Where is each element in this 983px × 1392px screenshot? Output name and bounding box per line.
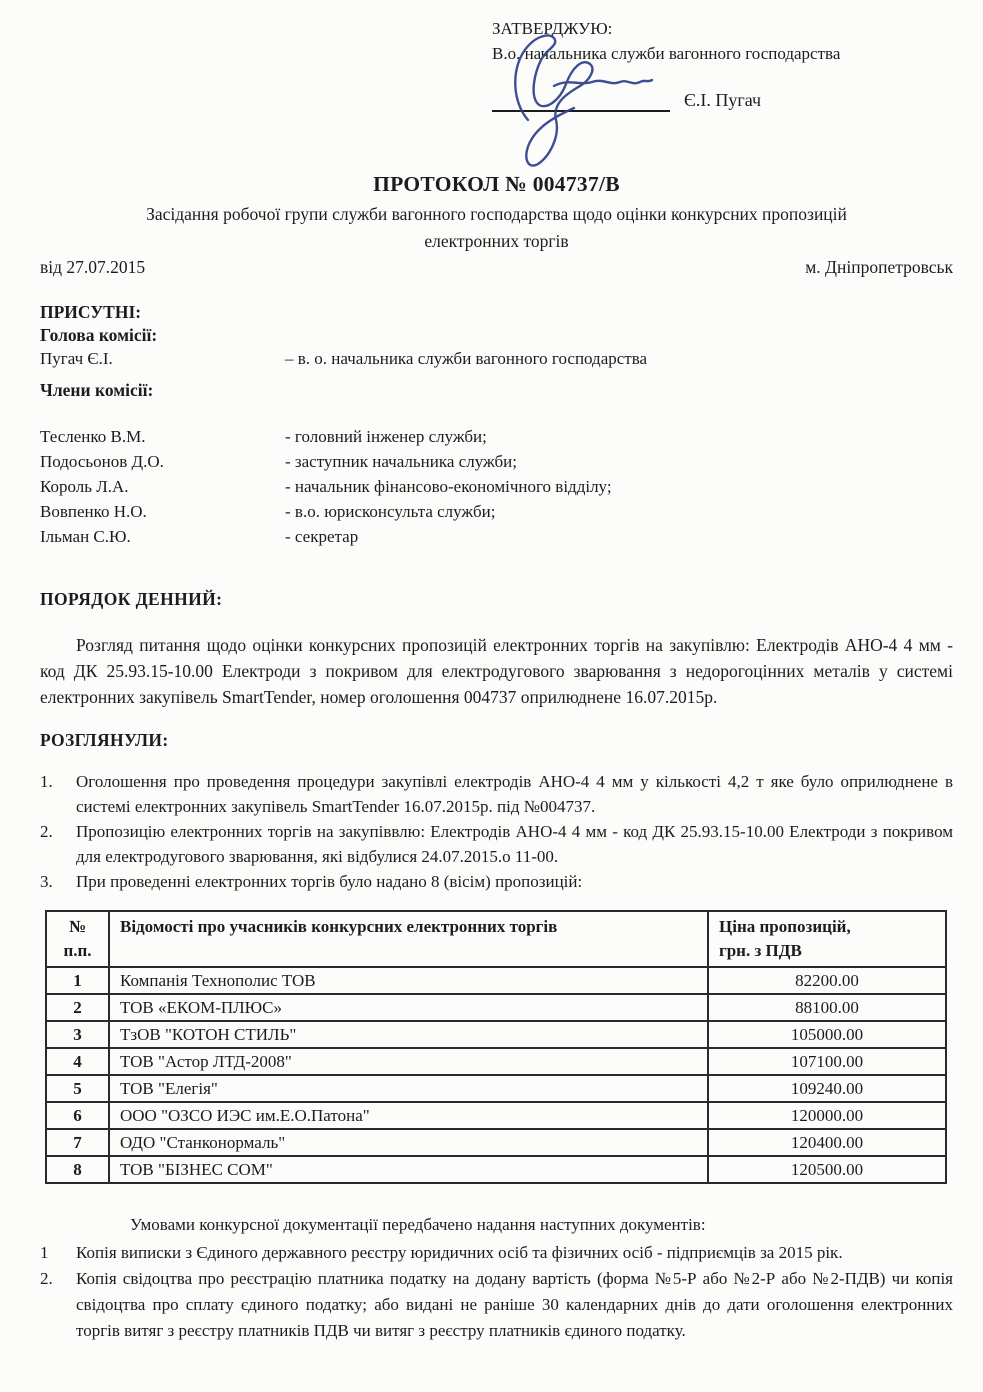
protocol-date: від 27.07.2015 — [40, 257, 145, 278]
chair-name: Пугач Є.І. — [40, 346, 285, 372]
protocol-title: ПРОТОКОЛ № 004737/В — [40, 172, 953, 197]
item-number: 1. — [40, 769, 76, 819]
item-number: 1 — [40, 1240, 76, 1266]
document-item: 2. Копія свідоцтва про реєстрацію платни… — [40, 1266, 953, 1344]
member-name: Тесленко В.М. — [40, 424, 285, 449]
price-cell: 88100.00 — [708, 994, 946, 1021]
document-item: 1 Копія виписки з Єдиного державного реє… — [40, 1240, 953, 1266]
item-number: 2. — [40, 819, 76, 869]
participant-cell: ТОВ "Елегія" — [109, 1075, 708, 1102]
protocol-subtitle-line1: Засідання робочої групи служби вагонного… — [40, 201, 953, 228]
row-number: 7 — [46, 1129, 109, 1156]
price-cell: 105000.00 — [708, 1021, 946, 1048]
price-cell: 107100.00 — [708, 1048, 946, 1075]
table-row: 2 ТОВ «ЕКОМ-ПЛЮС» 88100.00 — [46, 994, 946, 1021]
member-row: Ільман С.Ю. - секретар — [40, 524, 953, 549]
price-cell: 120400.00 — [708, 1129, 946, 1156]
member-name: Король Л.А. — [40, 474, 285, 499]
agenda-text: Розгляд питання щодо оцінки конкурсних п… — [40, 632, 953, 710]
member-name: Ільман С.Ю. — [40, 524, 285, 549]
member-name: Подосьонов Д.О. — [40, 449, 285, 474]
header-number-line1: № — [57, 915, 98, 939]
date-row: від 27.07.2015 м. Дніпропетровськ — [40, 257, 953, 278]
table-row: 1 Компанія Технополис ТОВ 82200.00 — [46, 967, 946, 994]
signature-line — [492, 66, 670, 112]
row-number: 4 — [46, 1048, 109, 1075]
member-role: - секретар — [285, 524, 358, 549]
considered-item: 2. Пропозицію електронних торгів на заку… — [40, 819, 953, 869]
price-cell: 120000.00 — [708, 1102, 946, 1129]
header-number: № п.п. — [46, 911, 109, 967]
documents-intro: Умовами конкурсної документації передбач… — [40, 1212, 953, 1238]
participant-cell: ТОВ "Астор ЛТД-2008" — [109, 1048, 708, 1075]
item-number: 3. — [40, 869, 76, 894]
item-text: При проведенні електронних торгів було н… — [76, 869, 953, 894]
price-cell: 109240.00 — [708, 1075, 946, 1102]
participant-cell: ТзОВ "КОТОН СТИЛЬ" — [109, 1021, 708, 1048]
participant-cell: ТОВ «ЕКОМ-ПЛЮС» — [109, 994, 708, 1021]
member-row: Вовпенко Н.О. - в.о. юрисконсульта служб… — [40, 499, 953, 524]
table-header-row: № п.п. Відомості про учасників конкурсни… — [46, 911, 946, 967]
approver-title: В.о. начальника служби вагонного господа… — [492, 41, 953, 66]
member-role: - заступник начальника служби; — [285, 449, 517, 474]
item-text: Копія свідоцтва про реєстрацію платника … — [76, 1266, 953, 1344]
member-role: - в.о. юрисконсульта служби; — [285, 499, 495, 524]
participant-cell: ТОВ "БІЗНЕС СОМ" — [109, 1156, 708, 1183]
header-number-line2: п.п. — [57, 939, 98, 963]
row-number: 1 — [46, 967, 109, 994]
considered-list: 1. Оголошення про проведення процедури з… — [40, 769, 953, 894]
considered-item: 1. Оголошення про проведення процедури з… — [40, 769, 953, 819]
documents-list: 1 Копія виписки з Єдиного державного реє… — [40, 1240, 953, 1344]
chair-heading: Голова комісії: — [40, 325, 953, 346]
item-number: 2. — [40, 1266, 76, 1344]
header-price-line1: Ціна пропозицій, — [719, 915, 935, 939]
table-row: 6 ООО "ОЗСО ИЭС им.Е.О.Патона" 120000.00 — [46, 1102, 946, 1129]
participant-cell: ОДО "Станконормаль" — [109, 1129, 708, 1156]
approval-block: ЗАТВЕРДЖУЮ: В.о. начальника служби вагон… — [492, 16, 953, 116]
member-role: - головний інженер служби; — [285, 424, 487, 449]
participant-cell: Компанія Технополис ТОВ — [109, 967, 708, 994]
price-cell: 120500.00 — [708, 1156, 946, 1183]
attendees-section: ПРИСУТНІ: Голова комісії: Пугач Є.І. – в… — [40, 302, 953, 549]
header-price: Ціна пропозицій, грн. з ПДВ — [708, 911, 946, 967]
row-number: 2 — [46, 994, 109, 1021]
header-participant: Відомості про учасників конкурсних елект… — [109, 911, 708, 967]
approver-name: Є.І. Пугач — [684, 88, 761, 112]
protocol-subtitle-line2: електронних торгів — [40, 228, 953, 255]
member-row: Король Л.А. - начальник фінансово-економ… — [40, 474, 953, 499]
considered-heading: РОЗГЛЯНУЛИ: — [40, 730, 953, 751]
item-text: Оголошення про проведення процедури заку… — [76, 769, 953, 819]
row-number: 6 — [46, 1102, 109, 1129]
price-cell: 82200.00 — [708, 967, 946, 994]
attendees-heading: ПРИСУТНІ: — [40, 302, 953, 323]
chair-role: – в. о. начальника служби вагонного госп… — [285, 346, 647, 372]
table-row: 3 ТзОВ "КОТОН СТИЛЬ" 105000.00 — [46, 1021, 946, 1048]
row-number: 5 — [46, 1075, 109, 1102]
considered-item: 3. При проведенні електронних торгів бул… — [40, 869, 953, 894]
agenda-heading: ПОРЯДОК ДЕННИЙ: — [40, 589, 953, 610]
member-row: Тесленко В.М. - головний інженер служби; — [40, 424, 953, 449]
table-row: 8 ТОВ "БІЗНЕС СОМ" 120500.00 — [46, 1156, 946, 1183]
approve-label: ЗАТВЕРДЖУЮ: — [492, 16, 953, 41]
chair-row: Пугач Є.І. – в. о. начальника служби ваг… — [40, 346, 953, 372]
member-name: Вовпенко Н.О. — [40, 499, 285, 524]
protocol-document-page: ЗАТВЕРДЖУЮ: В.о. начальника служби вагон… — [0, 0, 983, 1392]
signature-row: Є.І. Пугач — [492, 66, 953, 116]
participant-cell: ООО "ОЗСО ИЭС им.Е.О.Патона" — [109, 1102, 708, 1129]
header-price-line2: грн. з ПДВ — [719, 939, 935, 963]
row-number: 8 — [46, 1156, 109, 1183]
members-list: Тесленко В.М. - головний інженер служби;… — [40, 424, 953, 549]
protocol-city: м. Дніпропетровськ — [805, 257, 953, 278]
bids-table: № п.п. Відомості про учасників конкурсни… — [45, 910, 947, 1184]
table-row: 7 ОДО "Станконормаль" 120400.00 — [46, 1129, 946, 1156]
table-row: 5 ТОВ "Елегія" 109240.00 — [46, 1075, 946, 1102]
item-text: Пропозицію електронних торгів на закупів… — [76, 819, 953, 869]
members-heading: Члени комісії: — [40, 380, 953, 401]
table-row: 4 ТОВ "Астор ЛТД-2008" 107100.00 — [46, 1048, 946, 1075]
item-text: Копія виписки з Єдиного державного реєст… — [76, 1240, 953, 1266]
row-number: 3 — [46, 1021, 109, 1048]
member-role: - начальник фінансово-економічного відді… — [285, 474, 612, 499]
member-row: Подосьонов Д.О. - заступник начальника с… — [40, 449, 953, 474]
